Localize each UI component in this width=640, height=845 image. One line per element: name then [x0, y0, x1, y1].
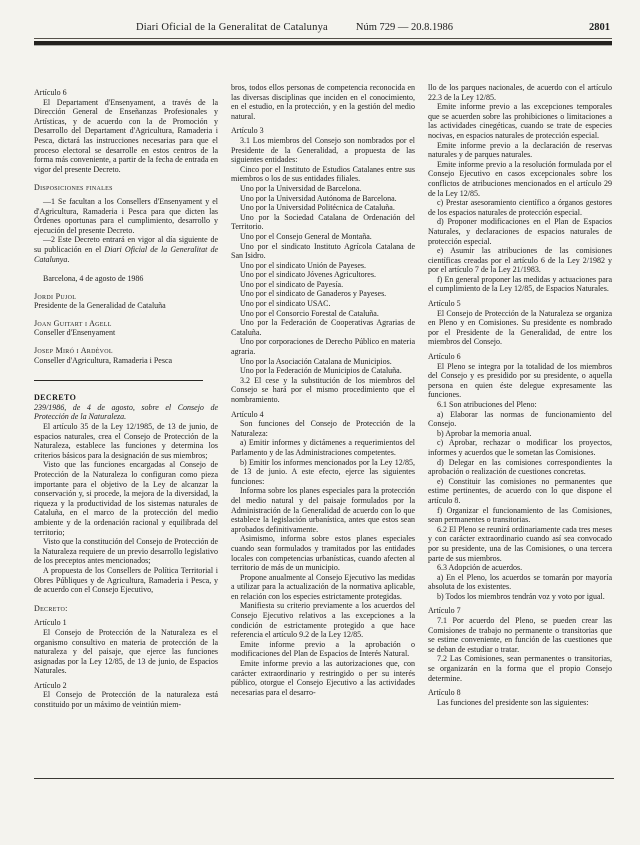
- signature-block: Joan Guitart i AgellConseller d'Ensenyam…: [34, 319, 218, 338]
- paragraph: Uno por corporaciones de Derecho Público…: [231, 337, 415, 356]
- article-heading: Artículo 4: [231, 410, 415, 420]
- paragraph: Informa sobre los planes especiales para…: [231, 486, 415, 534]
- paragraph: Uno por la Federación de Cooperativas Ag…: [231, 318, 415, 337]
- paragraph: Uno por la Asociación Catalana de Munici…: [231, 357, 415, 367]
- footer-rule: [34, 778, 614, 779]
- signature-role: Conseller d'Ensenyament: [34, 328, 218, 338]
- paragraph: Uno por el sindicato Instituto Agrícola …: [231, 242, 415, 261]
- paragraph: b) Aprobar la memoria anual.: [428, 429, 612, 439]
- paragraph: d) Proponer modificaciones en el Plan de…: [428, 217, 612, 246]
- paragraph: d) Delegar en las comisiones correspondi…: [428, 458, 612, 477]
- paragraph: El Departament d'Ensenyament, a través d…: [34, 98, 218, 175]
- paragraph: Emite informe previo a las excepciones t…: [428, 102, 612, 140]
- signature-role: Presidente de la Generalidad de Cataluña: [34, 301, 218, 311]
- paragraph: Asimismo, informa sobre estos planes esp…: [231, 534, 415, 572]
- paragraph: b) Todos los miembros tendrán voz y voto…: [428, 592, 612, 602]
- paragraph: a) Emitir informes y dictámenes a requer…: [231, 438, 415, 457]
- paragraph: El Pleno se integra por la totalidad de …: [428, 362, 612, 400]
- paragraph: b) Emitir los informes mencionados por l…: [231, 458, 415, 487]
- signature-role: Conseller d'Agricultura, Ramaderia i Pes…: [34, 356, 218, 366]
- column-3: llo de los parques nacionales, de acuerd…: [428, 83, 612, 710]
- header-rule-thin: [34, 38, 612, 39]
- paragraph: Cinco por el Instituto de Estudios Catal…: [231, 165, 415, 184]
- paragraph: Emite informe previo a las autorizacione…: [231, 659, 415, 697]
- inline-italic-title: Diari Oficial de la Generalitat de Catal…: [34, 245, 218, 264]
- column-1: Artículo 6El Departament d'Ensenyament, …: [34, 83, 218, 710]
- paragraph: Emite informe previo a la aprobación o m…: [231, 640, 415, 659]
- smallcaps-heading: Disposiciones finales: [34, 183, 218, 193]
- smallcaps-heading: Decreto:: [34, 604, 218, 614]
- paragraph: Uno por la Universidad Politécnica de Ca…: [231, 203, 415, 213]
- paragraph: Uno por el sindicato de Ganaderos y Paye…: [231, 289, 415, 299]
- paragraph: f) Organizar el funcionamiento de las Co…: [428, 506, 612, 525]
- decree-label: DECRETO: [34, 393, 76, 402]
- paragraph: Uno por la Universidad Autónoma de Barce…: [231, 194, 415, 204]
- paragraph: a) En el Pleno, los acuerdos se tomarán …: [428, 573, 612, 592]
- paragraph: 3.2 El cese y la substitución de los mie…: [231, 376, 415, 405]
- paragraph: Uno por la Universidad de Barcelona.: [231, 184, 415, 194]
- article-heading: Artículo 8: [428, 688, 612, 698]
- paragraph: Visto que la constitución del Consejo de…: [34, 537, 218, 566]
- paragraph: 7.1 Por acuerdo del Pleno, se pueden cre…: [428, 616, 612, 654]
- page-header: Diari Oficial de la Generalitat de Catal…: [34, 20, 612, 38]
- page-number: 2801: [589, 22, 610, 33]
- gazette-page: Diari Oficial de la Generalitat de Catal…: [0, 0, 640, 845]
- paragraph: A propuesta de los Consellers de Polític…: [34, 566, 218, 595]
- paragraph: 6.1 Son atribuciones del Pleno:: [428, 400, 612, 410]
- paragraph: 7.2 Las Comisiones, sean permanentes o t…: [428, 654, 612, 683]
- paragraph: Uno por la Federación de Municipios de C…: [231, 366, 415, 376]
- decree-heading: DECRETO 239/1986, de 4 de agosto, sobre …: [34, 393, 218, 422]
- paragraph: Uno por el sindicato Jóvenes Agricultore…: [231, 270, 415, 280]
- article-heading: Artículo 5: [428, 299, 612, 309]
- column-rule: [34, 380, 203, 381]
- decree-title: 239/1986, de 4 de agosto, sobre el Conse…: [34, 403, 218, 422]
- paragraph: 6.3 Adopción de acuerdos.: [428, 563, 612, 573]
- paragraph: Son funciones del Consejo de Protección …: [231, 419, 415, 438]
- paragraph: e) Asumir las atribuciones de las comisi…: [428, 246, 612, 275]
- paragraph: 3.1 Los miembros del Consejo son nombrad…: [231, 136, 415, 165]
- paragraph: e) Constituir las comisiones no permanen…: [428, 477, 612, 506]
- paragraph: 6.2 El Pleno se reunirá ordinariamente c…: [428, 525, 612, 563]
- paragraph: Manifiesta su criterio previamente a los…: [231, 601, 415, 639]
- signature-name: Joan Guitart i Agell: [34, 319, 218, 329]
- article-heading: Artículo 2: [34, 681, 218, 691]
- signature-name: Josep Miró i Ardèvol: [34, 346, 218, 356]
- paragraph: Emite informe previo a la declaración de…: [428, 141, 612, 160]
- article-heading: Artículo 1: [34, 618, 218, 628]
- article-heading: Artículo 6: [34, 88, 218, 98]
- paragraph: Propone anualmente al Consejo Ejecutivo …: [231, 573, 415, 602]
- paragraph: Uno por el sindicato de Payesía.: [231, 280, 415, 290]
- article-heading: Artículo 3: [231, 126, 415, 136]
- paragraph: —1 Se facultan a los Consellers d'Enseny…: [34, 197, 218, 235]
- article-heading: Artículo 6: [428, 352, 612, 362]
- paragraph: Uno por la Sociedad Catalana de Ordenaci…: [231, 213, 415, 232]
- column-2: bros, todos ellos personas de competenci…: [231, 83, 415, 710]
- paragraph: El Consejo de Protección de la naturalez…: [34, 690, 218, 709]
- signature-name: Jordi Pujol: [34, 292, 218, 302]
- paragraph: Uno por el sindicato USAC.: [231, 299, 415, 309]
- header-rule-thick: [34, 41, 612, 45]
- paragraph: Emite informe previo a la resolución for…: [428, 160, 612, 198]
- paragraph: El Consejo de Protección de la Naturalez…: [34, 628, 218, 676]
- paragraph: a) Elaborar las normas de funcionamiento…: [428, 410, 612, 429]
- paragraph: —2 Este Decreto entrará en vigor al día …: [34, 235, 218, 264]
- text-columns: Artículo 6El Departament d'Ensenyament, …: [34, 83, 612, 710]
- issue-number: Núm 729 — 20.8.1986: [356, 22, 453, 33]
- signature-block: Jordi PujolPresidente de la Generalidad …: [34, 292, 218, 311]
- paragraph: c) Aprobar, rechazar o modificar los pro…: [428, 438, 612, 457]
- date-line: Barcelona, 4 de agosto de 1986: [34, 274, 218, 284]
- paragraph-flush: llo de los parques nacionales, de acuerd…: [428, 83, 612, 102]
- gazette-title: Diari Oficial de la Generalitat de Catal…: [136, 22, 328, 33]
- paragraph: c) Prestar asesoramiento científico a ór…: [428, 198, 612, 217]
- paragraph: El Consejo de Protección de la Naturalez…: [428, 309, 612, 347]
- paragraph: f) En general proponer las medidas y act…: [428, 275, 612, 294]
- paragraph-flush: bros, todos ellos personas de competenci…: [231, 83, 415, 121]
- paragraph: El artículo 35 de la Ley 12/1985, de 13 …: [34, 422, 218, 460]
- paragraph: Uno por el sindicato Unión de Payeses.: [231, 261, 415, 271]
- signature-block: Josep Miró i ArdèvolConseller d'Agricult…: [34, 346, 218, 365]
- article-heading: Artículo 7: [428, 606, 612, 616]
- paragraph: Las funciones del presidente son las sig…: [428, 698, 612, 708]
- paragraph: Uno por el Consorcio Forestal de Cataluñ…: [231, 309, 415, 319]
- paragraph: Visto que las funciones encargadas al Co…: [34, 460, 218, 537]
- paragraph: Uno por el Consejo General de Montaña.: [231, 232, 415, 242]
